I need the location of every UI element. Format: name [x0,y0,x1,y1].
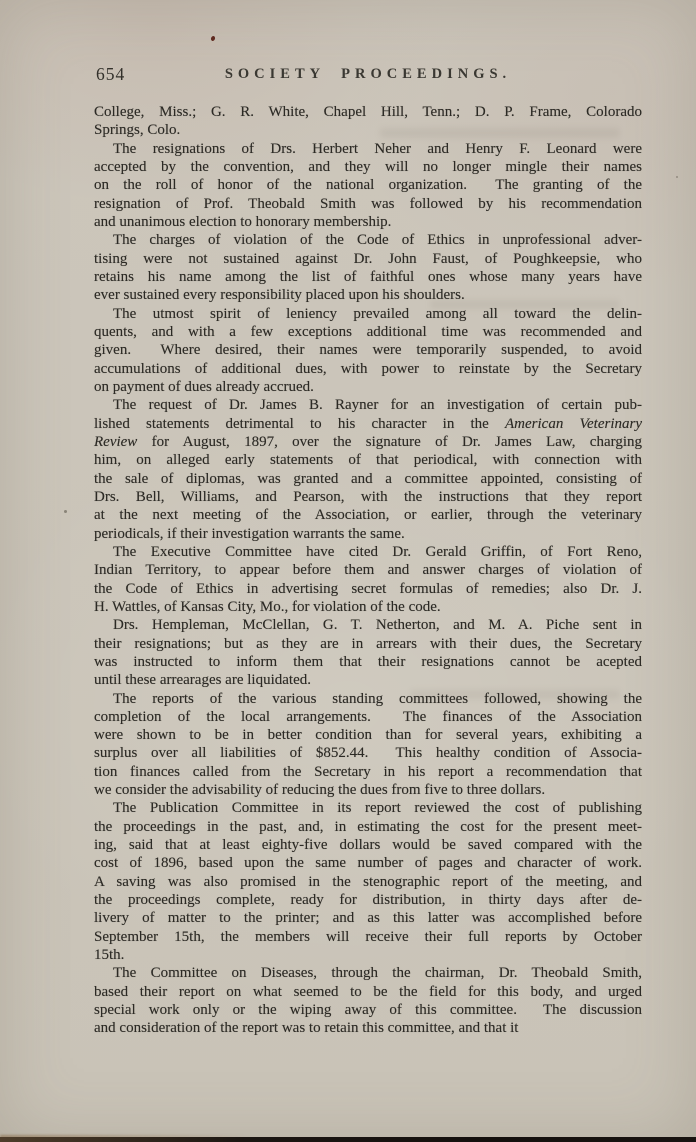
book-page-scan: 654 SOCIETY PROCEEDINGS. College, Miss.;… [0,0,696,1142]
text-line: special work only or the wiping away of … [94,1001,642,1019]
text-segment: him, on alleged early statements of that… [94,452,642,468]
text-line: Drs. Hempleman, McClellan, G. T. Nethert… [94,616,642,634]
text-segment: The request of Dr. James B. Rayner for a… [113,397,642,413]
paragraph: College, Miss.; G. R. White, Chapel Hill… [94,103,642,140]
text-line: H. Wattles, of Kansas City, Mo., for vio… [94,598,642,616]
page-body: College, Miss.; G. R. White, Chapel Hill… [94,103,642,1038]
italic-text: American Veterinary [505,416,642,432]
text-line: 15th. [94,946,642,964]
italic-text: Review [94,434,137,450]
text-segment: College, Miss.; G. R. White, Chapel Hill… [94,104,642,120]
text-line: The utmost spirit of leniency prevailed … [94,305,642,323]
scan-bottom-edge [0,1137,696,1142]
text-segment: The reports of the various standing comm… [113,691,642,707]
text-segment: until these arrearages are liquidated. [94,672,311,688]
text-line: the Code of Ethics in advertising secret… [94,580,642,598]
text-line: livery of matter to the printer; and as … [94,909,642,927]
text-line: Drs. Bell, Williams, and Pearson, with t… [94,488,642,506]
text-segment: resignation of Prof. Theobald Smith was … [94,196,642,212]
text-segment: lished statements detrimental to his cha… [94,416,505,432]
text-line: given. Where desired, their names were t… [94,341,642,359]
text-line: The Committee on Diseases, through the c… [94,964,642,982]
paragraph: The Committee on Diseases, through the c… [94,964,642,1037]
text-segment: quents, and with a few exceptions additi… [94,324,642,340]
text-segment: tion finances called from the Secretary … [94,764,642,780]
text-segment: The Committee on Diseases, through the c… [113,965,642,981]
text-line: periodicals, if their investigation warr… [94,525,642,543]
paragraph: The Executive Committee have cited Dr. G… [94,543,642,616]
text-segment: was instructed to inform them that their… [94,654,642,670]
text-segment: The Publication Committee in its report … [113,800,642,816]
text-line: until these arrearages are liquidated. [94,671,642,689]
paragraph: The resignations of Drs. Herbert Neher a… [94,140,642,232]
ink-speck [676,176,678,178]
text-segment: for August, 1897, over the signature of … [137,434,642,450]
text-line: tising were not sustained against Dr. Jo… [94,250,642,268]
text-line: based their report on what seemed to be … [94,983,642,1001]
text-line: resignation of Prof. Theobald Smith was … [94,195,642,213]
paragraph: The reports of the various standing comm… [94,690,642,800]
text-segment: their resignations; but as they are in a… [94,636,642,652]
text-line: at the next meeting of the Association, … [94,506,642,524]
paragraph: The charges of violation of the Code of … [94,231,642,304]
text-segment: based their report on what seemed to be … [94,984,642,1000]
text-line: Review for August, 1897, over the signat… [94,433,642,451]
text-line: on the roll of honor of the national org… [94,176,642,194]
text-line: and consideration of the report was to r… [94,1019,642,1037]
text-segment: The Executive Committee have cited Dr. G… [113,544,642,560]
text-segment: livery of matter to the printer; and as … [94,910,642,926]
text-line: surplus over all liabilities of $852.44.… [94,744,642,762]
text-line: ing, said that at least eighty-five doll… [94,836,642,854]
ink-speck [210,35,215,41]
paragraph: The utmost spirit of leniency prevailed … [94,305,642,397]
text-line: The Executive Committee have cited Dr. G… [94,543,642,561]
text-line: quents, and with a few exceptions additi… [94,323,642,341]
text-segment: we consider the advisability of reducing… [94,782,545,798]
text-line: The request of Dr. James B. Rayner for a… [94,396,642,414]
text-segment: were shown to be in better condition tha… [94,727,642,743]
text-segment: at the next meeting of the Association, … [94,507,642,523]
text-segment: accepted by the convention, and they wil… [94,159,642,175]
text-segment: Springs, Colo. [94,122,180,138]
text-segment: the proceedings complete, ready for dist… [94,892,642,908]
text-line: the sale of diplomas, was granted and a … [94,470,642,488]
text-line: tion finances called from the Secretary … [94,763,642,781]
text-segment: and consideration of the report was to r… [94,1020,518,1036]
text-segment: ever sustained every responsibility plac… [94,287,465,303]
running-title: SOCIETY PROCEEDINGS. [94,66,642,83]
text-line: lished statements detrimental to his cha… [94,415,642,433]
text-segment: tising were not sustained against Dr. Jo… [94,251,642,267]
text-line: on payment of dues already accrued. [94,378,642,396]
text-line: The resignations of Drs. Herbert Neher a… [94,140,642,158]
paragraph: The request of Dr. James B. Rayner for a… [94,396,642,543]
text-segment: the Code of Ethics in advertising secret… [94,581,642,597]
text-line: ever sustained every responsibility plac… [94,286,642,304]
text-line: accumulations of additional dues, with p… [94,360,642,378]
text-segment: The utmost spirit of leniency prevailed … [113,306,642,322]
ink-speck [64,510,67,513]
text-segment: Drs. Hempleman, McClellan, G. T. Nethert… [113,617,642,633]
text-segment: and unanimous election to honorary membe… [94,214,391,230]
text-segment: September 15th, the members will receive… [94,929,642,945]
text-line: The Publication Committee in its report … [94,799,642,817]
text-line: College, Miss.; G. R. White, Chapel Hill… [94,103,642,121]
text-segment: on payment of dues already accrued. [94,379,314,395]
text-segment: accumulations of additional dues, with p… [94,361,642,377]
text-segment: completion of the local arrangements. Th… [94,709,642,725]
text-line: completion of the local arrangements. Th… [94,708,642,726]
text-line: and unanimous election to honorary membe… [94,213,642,231]
text-segment: The resignations of Drs. Herbert Neher a… [113,141,642,157]
page-header: 654 SOCIETY PROCEEDINGS. [94,64,642,88]
text-line: accepted by the convention, and they wil… [94,158,642,176]
text-line: we consider the advisability of reducing… [94,781,642,799]
text-segment: 15th. [94,947,124,963]
text-line: A saving was also promised in the stenog… [94,873,642,891]
text-segment: given. Where desired, their names were t… [94,342,642,358]
text-segment: H. Wattles, of Kansas City, Mo., for vio… [94,599,441,615]
text-segment: the sale of diplomas, was granted and a … [94,471,642,487]
paragraph: Drs. Hempleman, McClellan, G. T. Nethert… [94,616,642,689]
text-segment: A saving was also promised in the stenog… [94,874,642,890]
text-segment: retains his name among the list of faith… [94,269,642,285]
text-line: was instructed to inform them that their… [94,653,642,671]
text-line: The charges of violation of the Code of … [94,231,642,249]
text-segment: Indian Territory, to appear before them … [94,562,642,578]
text-segment: special work only or the wiping away of … [94,1002,642,1018]
text-segment: Drs. Bell, Williams, and Pearson, with t… [94,489,642,505]
text-line: the proceedings complete, ready for dist… [94,891,642,909]
text-line: the proceedings in the past, and, in est… [94,818,642,836]
text-line: Indian Territory, to appear before them … [94,561,642,579]
text-line: were shown to be in better condition tha… [94,726,642,744]
text-line: him, on alleged early statements of that… [94,451,642,469]
text-segment: cost of 1896, based upon the same number… [94,855,642,871]
paragraph: The Publication Committee in its report … [94,799,642,964]
text-segment: ing, said that at least eighty-five doll… [94,837,642,853]
text-segment: The charges of violation of the Code of … [113,232,642,248]
text-line: The reports of the various standing comm… [94,690,642,708]
text-segment: on the roll of honor of the national org… [94,177,642,193]
text-segment: surplus over all liabilities of $852.44.… [94,745,642,761]
text-segment: periodicals, if their investigation warr… [94,526,405,542]
text-line: retains his name among the list of faith… [94,268,642,286]
text-line: their resignations; but as they are in a… [94,635,642,653]
text-line: September 15th, the members will receive… [94,928,642,946]
text-line: cost of 1896, based upon the same number… [94,854,642,872]
text-segment: the proceedings in the past, and, in est… [94,819,642,835]
text-line: Springs, Colo. [94,121,642,139]
